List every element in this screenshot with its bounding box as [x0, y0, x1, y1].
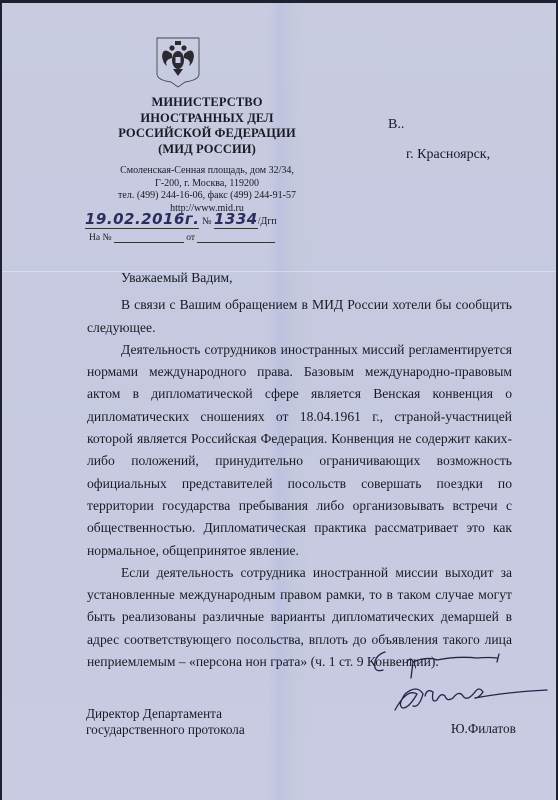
number-sign: №	[202, 216, 212, 227]
paragraph: В связи с Вашим обращением в МИД России …	[87, 294, 512, 339]
in-reply-line: На № от	[89, 233, 275, 243]
handwritten-signature	[367, 648, 556, 723]
in-reply-date-blank	[197, 242, 275, 243]
registration-suffix: /Дгп	[258, 216, 277, 227]
signatory-name: Ю.Филатов	[451, 721, 516, 737]
recipient-city: г. Красноярск,	[406, 147, 490, 163]
signatory-position: Директор Департамента государственного п…	[86, 706, 245, 738]
ministry-address: Смоленская-Сенная площадь, дом 32/34, Г-…	[62, 165, 352, 215]
address-line: Смоленская-Сенная площадь, дом 32/34,	[62, 165, 352, 178]
letter-body: Уважаемый Вадим, В связи с Вашим обращен…	[87, 267, 512, 673]
greeting: Уважаемый Вадим,	[87, 267, 512, 289]
recipient-name: В..	[388, 117, 404, 133]
ministry-name: МИНИСТЕРСТВО ИНОСТРАННЫХ ДЕЛ РОССИЙСКОЙ …	[62, 95, 352, 157]
in-reply-from-label: от	[186, 233, 195, 243]
address-line: Г-200, г. Москва, 119200	[62, 178, 352, 191]
paragraph: Деятельность сотрудников иностранных мис…	[87, 339, 512, 562]
address-line: тел. (499) 244-16-06, факс (499) 244-91-…	[62, 190, 352, 203]
position-line: государственного протокола	[86, 722, 245, 738]
registration-line: 19.02.2016г. № 1334/Дгп	[85, 210, 277, 229]
letter-page: МИНИСТЕРСТВО ИНОСТРАННЫХ ДЕЛ РОССИЙСКОЙ …	[2, 3, 556, 800]
in-reply-number-blank	[114, 242, 184, 243]
org-line: ИНОСТРАННЫХ ДЕЛ	[62, 111, 352, 127]
org-line: (МИД РОССИИ)	[62, 142, 352, 158]
position-line: Директор Департамента	[86, 706, 245, 722]
org-line: РОССИЙСКОЙ ФЕДЕРАЦИИ	[62, 126, 352, 142]
registration-date: 19.02.2016г.	[85, 210, 199, 229]
registration-number: 1334	[214, 210, 258, 229]
in-reply-label: На №	[89, 233, 112, 243]
org-line: МИНИСТЕРСТВО	[62, 95, 352, 111]
russian-coat-of-arms-icon	[155, 36, 201, 88]
